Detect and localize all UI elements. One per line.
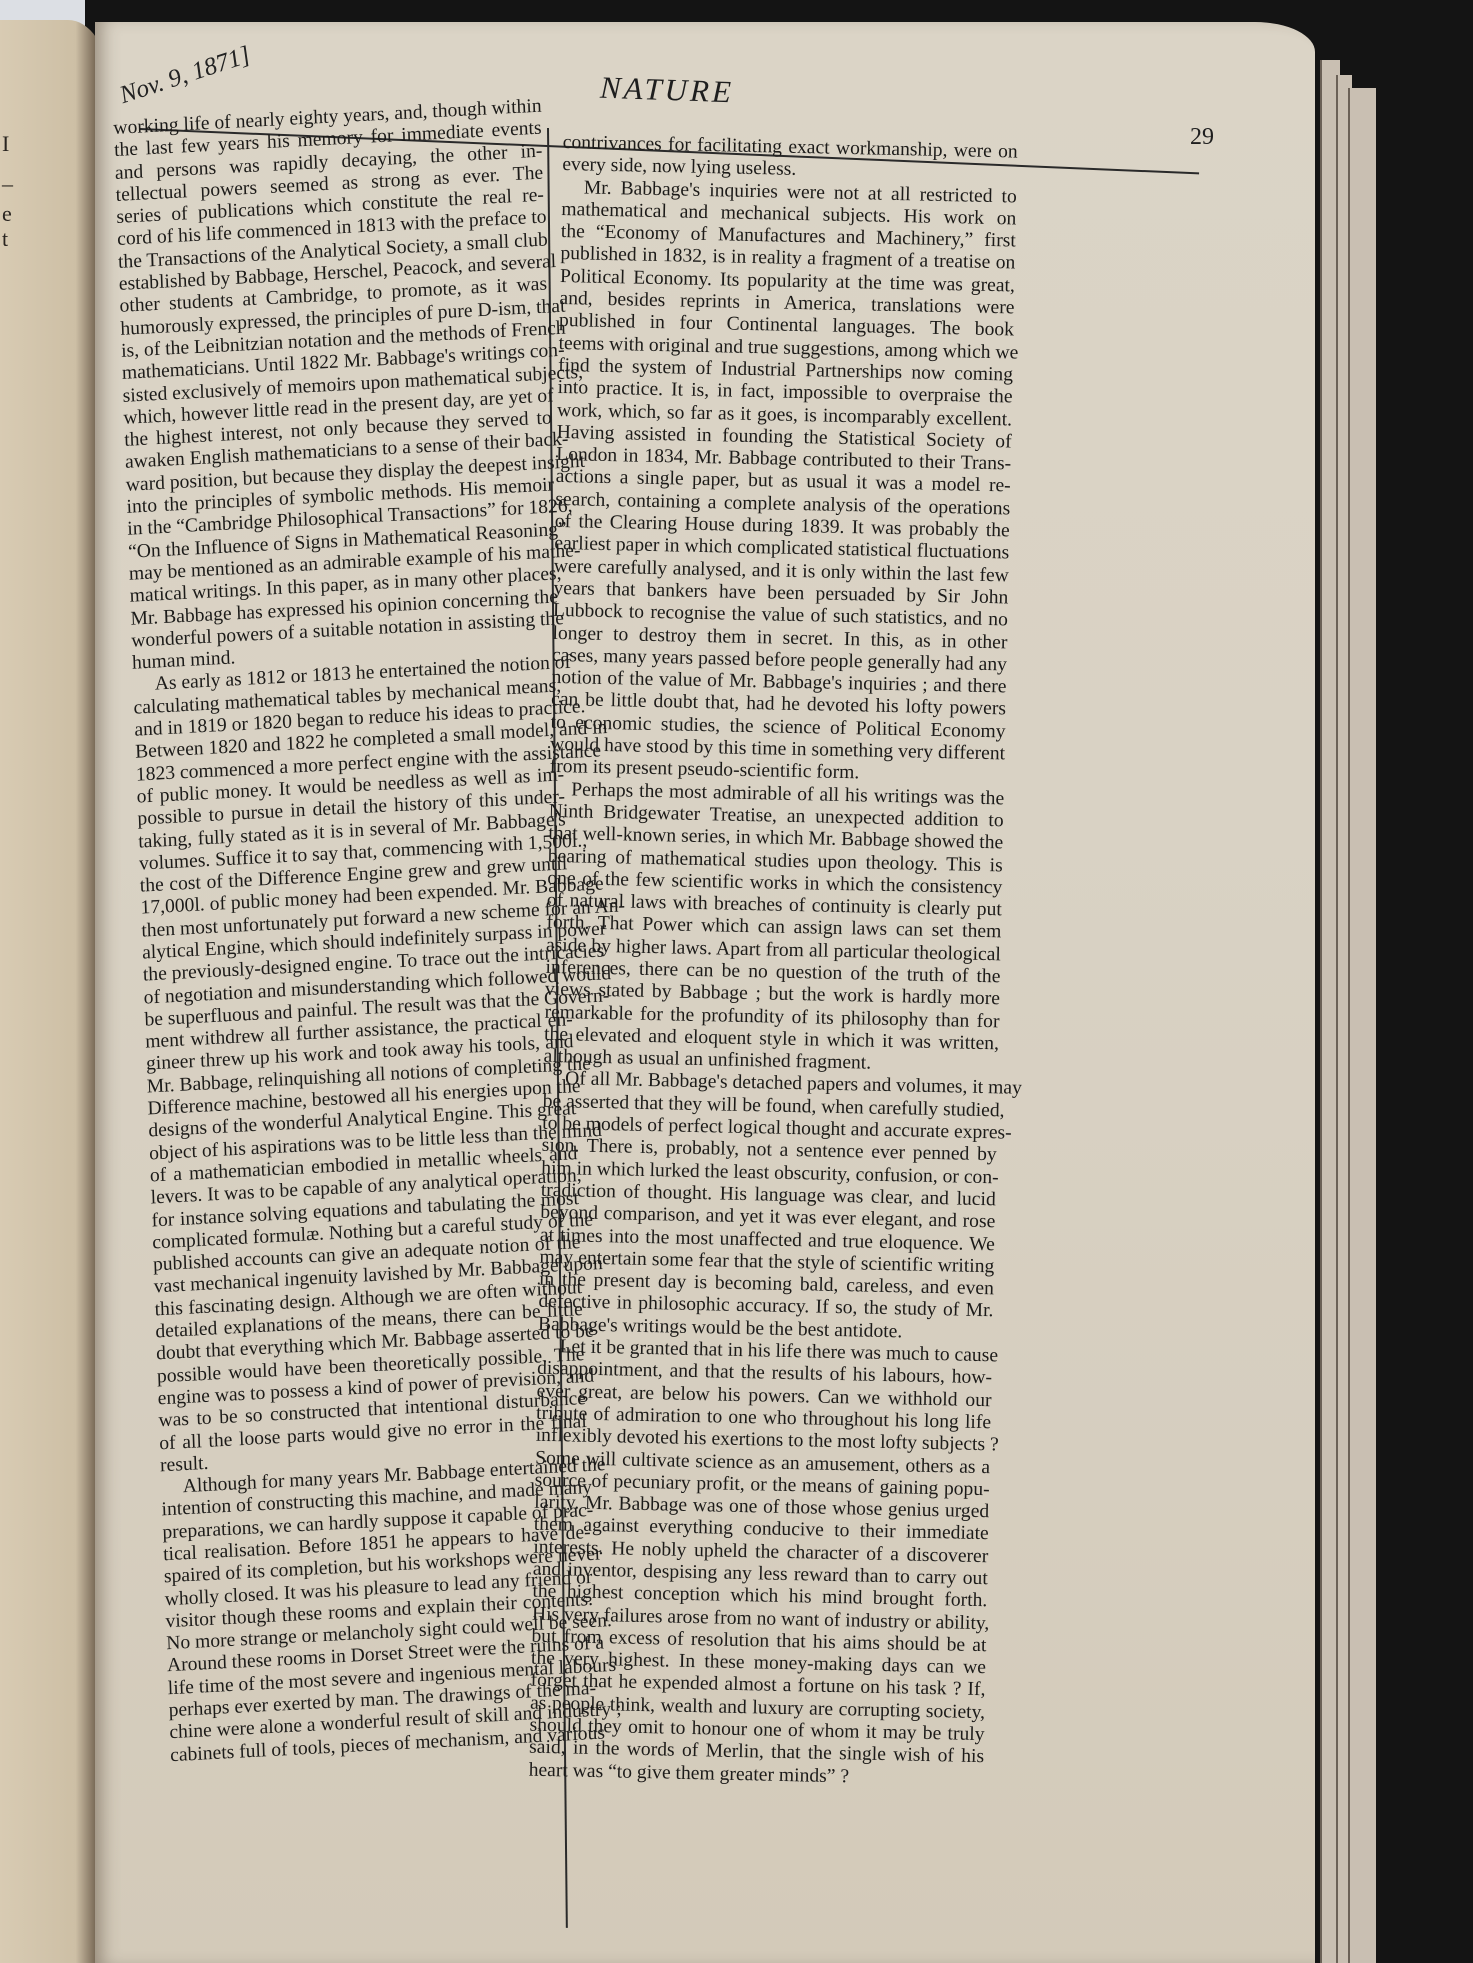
journal-masthead: NATURE: [599, 70, 734, 111]
paragraph: Let it be granted that in his life there…: [528, 1336, 992, 1791]
previous-page-fragment: I: [2, 130, 9, 158]
previous-page-fragment: t: [2, 225, 8, 253]
left-column: working life of nearly eighty years, and…: [113, 96, 598, 1768]
paragraph: As early as 1812 or 1813 he entertained …: [132, 653, 587, 1478]
paragraph: Of all Mr. Babbage's detached papers and…: [538, 1068, 999, 1345]
page-stack-edge: [1348, 88, 1376, 1963]
right-column: contrivances for facilitating exact work…: [528, 132, 1017, 1791]
previous-page-fragment: –: [2, 170, 13, 198]
paragraph: Perhaps the most admirable of all his wr…: [543, 778, 1004, 1077]
issue-date: Nov. 9, 1871]: [116, 41, 254, 110]
paragraph: working life of nearly eighty years, and…: [113, 96, 560, 676]
journal-page: Nov. 9, 1871] NATURE 29 working life of …: [95, 22, 1315, 1963]
previous-page-edge: I – e t: [0, 20, 108, 1963]
page-number: 29: [1190, 124, 1214, 151]
paragraph: Mr. Babbage's inquiries were not at all …: [549, 177, 1017, 788]
previous-page-fragment: e: [2, 200, 12, 228]
